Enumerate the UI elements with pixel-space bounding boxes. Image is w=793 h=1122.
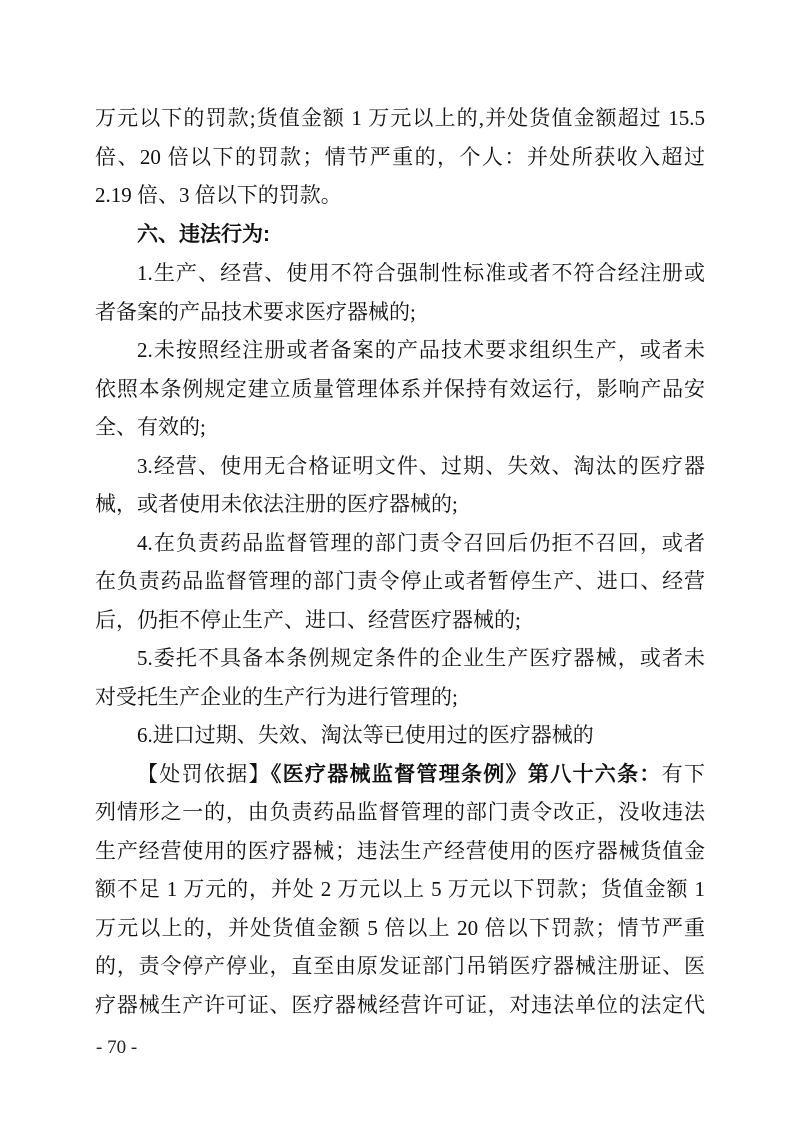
document-page: 万元以下的罚款;货值金额 1 万元以上的,并处货值金额超过 15.5倍、20 倍… (0, 0, 793, 1122)
text-run: 依照本条例规定建立质量管理体系并保持有效运行，影响产品安 (95, 377, 705, 401)
paragraph: 5.委托不具备本条例规定条件的企业生产医疗器械，或者未对受托生产企业的生产行为进… (95, 639, 705, 716)
text-run: 对受托生产企业的生产行为进行管理的; (95, 685, 458, 709)
text-run: 4.在负责药品监督管理的部门责令召回后仍拒不召回，或者 (137, 531, 705, 555)
text-line: 者备案的产品技术要求医疗器械的; (95, 293, 705, 332)
text-line: 2.19 倍、3 倍以下的罚款。 (95, 176, 705, 215)
paragraph: 1.生产、经营、使用不符合强制性标准或者不符合经注册或者备案的产品技术要求医疗器… (95, 254, 705, 331)
text-line: 依照本条例规定建立质量管理体系并保持有效运行，影响产品安 (95, 370, 705, 409)
text-run: 1.生产、经营、使用不符合强制性标准或者不符合经注册或 (137, 261, 705, 285)
text-line: 对受托生产企业的生产行为进行管理的; (95, 678, 705, 717)
text-run: 额不足 1 万元的，并处 2 万元以上 5 万元以下罚款；货值金额 1 (95, 877, 705, 901)
text-run: 生产经营使用的医疗器械；违法生产经营使用的医疗器械货值金 (95, 839, 705, 863)
paragraph: 3.经营、使用无合格证明文件、过期、失效、淘汰的医疗器械，或者使用未依法注册的医… (95, 447, 705, 524)
paragraph: 2.未按照经注册或者备案的产品技术要求组织生产，或者未依照本条例规定建立质量管理… (95, 331, 705, 447)
text-line: 万元以下的罚款;货值金额 1 万元以上的,并处货值金额超过 15.5 (95, 99, 705, 138)
text-run: 有下 (662, 762, 705, 786)
text-line: 倍、20 倍以下的罚款；情节严重的，个人：并处所获收入超过 (95, 138, 705, 177)
text-line: 万元以上的，并处货值金额 5 倍以上 20 倍以下罚款；情节严重 (95, 909, 705, 948)
text-run: 疗器械生产许可证、医疗器械经营许可证，对违法单位的法定代 (95, 993, 705, 1017)
text-run: 【处罚依据】 (137, 762, 271, 786)
text-run: 后，仍拒不停止生产、进口、经营医疗器械的; (95, 608, 521, 632)
paragraph: 【处罚依据】《医疗器械监督管理条例》第八十六条：有下列情形之一的，由负责药品监督… (95, 755, 705, 1025)
paragraph: 6.进口过期、失效、淘汰等已使用过的医疗器械的 (95, 716, 705, 755)
text-run: 六、违法行为: (137, 223, 270, 246)
text-run: 5.委托不具备本条例规定条件的企业生产医疗器械，或者未 (137, 646, 705, 670)
text-run: 的，责令停产停业，直至由原发证部门吊销医疗器械注册证、医 (95, 954, 705, 978)
text-run: 全、有效的; (95, 415, 206, 439)
text-run: 倍、20 倍以下的罚款；情节严重的，个人：并处所获收入超过 (95, 145, 705, 169)
text-run: 2.未按照经注册或者备案的产品技术要求组织生产，或者未 (137, 338, 705, 362)
text-line: 3.经营、使用无合格证明文件、过期、失效、淘汰的医疗器 (95, 447, 705, 486)
text-line: 后，仍拒不停止生产、进口、经营医疗器械的; (95, 601, 705, 640)
text-line: 生产经营使用的医疗器械；违法生产经营使用的医疗器械货值金 (95, 832, 705, 871)
text-run: 列情形之一的，由负责药品监督管理的部门责令改正，没收违法 (95, 800, 705, 824)
text-run: 《医疗器械监督管理条例》第八十六条： (271, 762, 662, 786)
text-run: 在负责药品监督管理的部门责令停止或者暂停生产、进口、经营 (95, 569, 705, 593)
text-run: 万元以下的罚款;货值金额 1 万元以上的,并处货值金额超过 15.5 (95, 106, 705, 130)
section-heading: 六、违法行为: (95, 215, 705, 255)
text-line: 5.委托不具备本条例规定条件的企业生产医疗器械，或者未 (95, 639, 705, 678)
text-line: 4.在负责药品监督管理的部门责令召回后仍拒不召回，或者 (95, 524, 705, 563)
text-run: 万元以上的，并处货值金额 5 倍以上 20 倍以下罚款；情节严重 (95, 916, 705, 940)
text-line: 额不足 1 万元的，并处 2 万元以上 5 万元以下罚款；货值金额 1 (95, 870, 705, 909)
page-number: - 70 - (96, 1036, 137, 1060)
text-line: 6.进口过期、失效、淘汰等已使用过的医疗器械的 (95, 716, 705, 755)
text-line: 的，责令停产停业，直至由原发证部门吊销医疗器械注册证、医 (95, 947, 705, 986)
text-line: 六、违法行为: (95, 215, 705, 255)
text-run: 2.19 倍、3 倍以下的罚款。 (95, 183, 342, 207)
text-line: 在负责药品监督管理的部门责令停止或者暂停生产、进口、经营 (95, 562, 705, 601)
text-run: 械，或者使用未依法注册的医疗器械的; (95, 492, 458, 516)
paragraph: 万元以下的罚款;货值金额 1 万元以上的,并处货值金额超过 15.5倍、20 倍… (95, 99, 705, 215)
text-run: 6.进口过期、失效、淘汰等已使用过的医疗器械的 (137, 723, 594, 747)
text-line: 疗器械生产许可证、医疗器械经营许可证，对违法单位的法定代 (95, 986, 705, 1025)
text-run: 者备案的产品技术要求医疗器械的; (95, 300, 416, 324)
text-run: 3.经营、使用无合格证明文件、过期、失效、淘汰的医疗器 (137, 454, 705, 478)
text-line: 全、有效的; (95, 408, 705, 447)
paragraph: 4.在负责药品监督管理的部门责令召回后仍拒不召回，或者在负责药品监督管理的部门责… (95, 524, 705, 640)
text-line: 2.未按照经注册或者备案的产品技术要求组织生产，或者未 (95, 331, 705, 370)
text-line: 1.生产、经营、使用不符合强制性标准或者不符合经注册或 (95, 254, 705, 293)
text-line: 【处罚依据】《医疗器械监督管理条例》第八十六条：有下 (95, 755, 705, 794)
document-body: 万元以下的罚款;货值金额 1 万元以上的,并处货值金额超过 15.5倍、20 倍… (95, 99, 705, 1024)
text-line: 列情形之一的，由负责药品监督管理的部门责令改正，没收违法 (95, 793, 705, 832)
text-line: 械，或者使用未依法注册的医疗器械的; (95, 485, 705, 524)
